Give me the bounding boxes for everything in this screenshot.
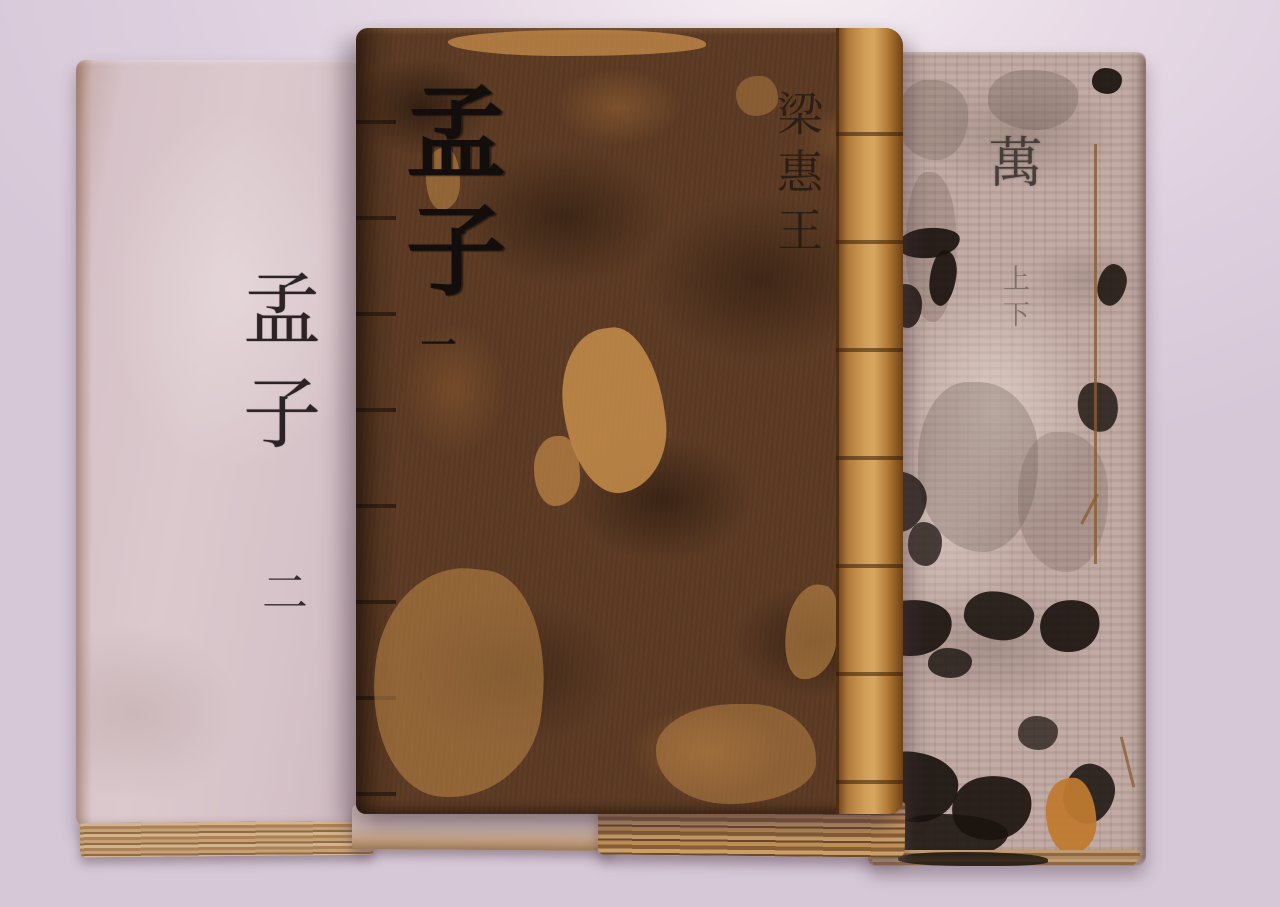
center-book-title-calligraphy: 孟子 <box>398 80 498 316</box>
ink-stain <box>1074 379 1122 435</box>
worn-patch <box>362 560 555 807</box>
ink-stain <box>898 852 1048 866</box>
book-left-cover: 孟子 二 <box>76 60 368 828</box>
center-book-spine <box>836 28 903 814</box>
ink-stain <box>1035 594 1105 657</box>
binding-thread-loop <box>1120 736 1135 787</box>
faded-print-mark <box>898 80 968 160</box>
book-right-cover: 萬 上下 <box>868 52 1146 866</box>
photo-scene: 孟子 二 萬 上下 <box>0 0 1280 907</box>
center-book-volume-number: 一 <box>418 326 454 362</box>
right-book-title-character: 萬 <box>984 134 1038 188</box>
left-book-title-calligraphy: 孟子 <box>236 268 314 476</box>
ink-stain <box>1092 68 1122 94</box>
left-book-page-edges <box>80 821 374 858</box>
ink-stain <box>928 648 972 678</box>
center-book-chapter-label: 梁惠王 <box>774 90 820 264</box>
ink-stain <box>908 522 942 566</box>
book-center-cover: 孟子 一 梁惠王 <box>356 28 903 814</box>
faded-print-mark <box>988 70 1078 130</box>
worn-patch <box>448 30 706 56</box>
left-book-volume-number: 二 <box>259 568 305 614</box>
ink-stain <box>1093 261 1130 309</box>
ink-stain <box>961 588 1036 644</box>
worn-patch <box>534 436 580 506</box>
ink-stain <box>1018 716 1058 750</box>
right-book-faint-characters: 上下 <box>1000 264 1027 336</box>
worn-patch <box>656 704 816 804</box>
